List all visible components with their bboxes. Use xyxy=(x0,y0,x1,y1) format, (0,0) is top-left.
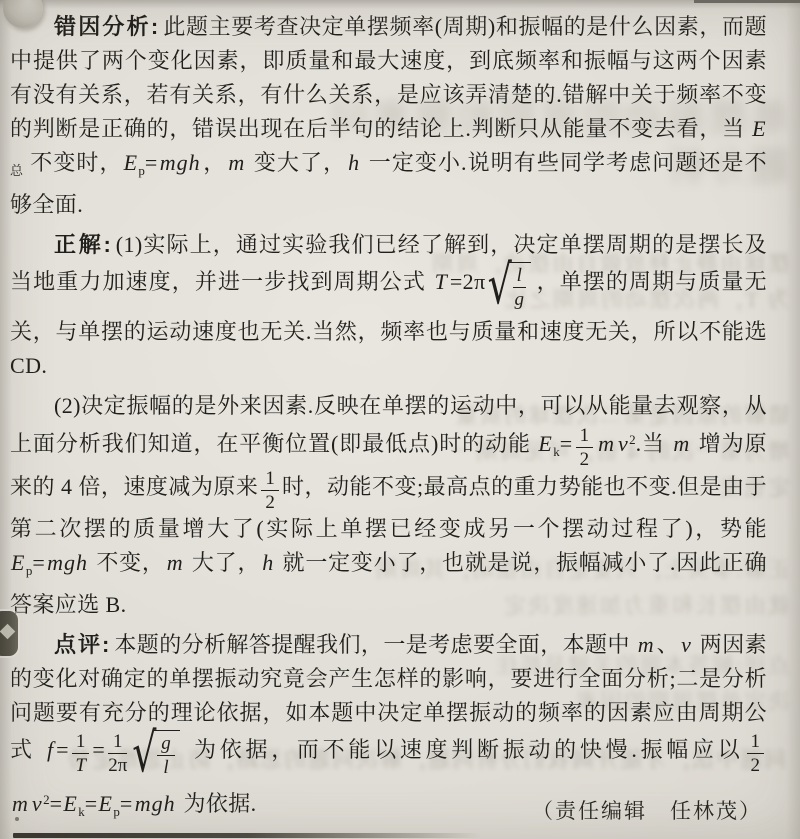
text-run: 本题的分析解答提醒我们，一是考虑要全面，本题中 xyxy=(114,632,635,657)
document-body: 错因分析:此题主要考查决定单摆频率(周期)和振幅的是什么因素，而题中提供了两个变… xyxy=(10,10,767,835)
text-run: 、 xyxy=(657,632,679,657)
paragraph-label: 点评: xyxy=(54,632,114,657)
text-run: = xyxy=(145,150,158,175)
text-run: 为依据. xyxy=(178,791,257,816)
math-variable: T xyxy=(433,269,450,294)
math-variable: v xyxy=(679,632,694,657)
math-subscript: Ep xyxy=(10,550,32,575)
text-run: 变大了， xyxy=(247,150,346,175)
text-run: .当 xyxy=(636,431,672,456)
text-run: = xyxy=(85,791,98,816)
math-variable: m xyxy=(10,791,31,816)
paragraph-label: 正解: xyxy=(54,232,116,257)
scan-edge-line xyxy=(694,0,800,3)
math-subscript: Ep xyxy=(98,791,120,816)
text-run: = xyxy=(120,791,133,816)
diamond-icon xyxy=(0,624,15,640)
text-run: = xyxy=(92,737,105,762)
text-run: 为依据，而不能以速度判断振动的快慢.振幅应以 xyxy=(185,737,744,762)
math-subscript: Ep xyxy=(123,150,145,175)
math-variable: mgh xyxy=(158,150,203,175)
math-superscript: v2 xyxy=(31,791,50,816)
editor-credit: （责任编辑 任林茂） xyxy=(532,795,762,825)
text-run: ， xyxy=(203,150,227,175)
paragraph-label: 错因分析: xyxy=(54,14,163,39)
math-variable: m xyxy=(671,431,692,456)
math-variable: m xyxy=(636,632,657,657)
text-run: = xyxy=(56,737,69,762)
math-variable: h xyxy=(346,150,362,175)
text-run: = xyxy=(32,550,45,575)
math-variable: h xyxy=(260,550,276,575)
text-run: =2π xyxy=(450,269,486,294)
paragraph-error-analysis: 错因分析:此题主要考查决定单摆频率(周期)和振幅的是什么因素，而题中提供了两个变… xyxy=(10,10,767,222)
text-run: 不变时， xyxy=(24,150,123,175)
text-run: = xyxy=(50,791,63,816)
math-variable: m xyxy=(226,150,247,175)
math-sqrt: gl xyxy=(153,730,180,783)
math-fraction: 12π xyxy=(108,732,127,775)
text-run: = xyxy=(560,431,573,456)
math-fraction: 1T xyxy=(72,732,90,775)
math-fraction: 12 xyxy=(576,426,594,469)
math-sqrt: lg xyxy=(509,262,531,315)
math-variable: mgh xyxy=(133,791,178,816)
text-run: 大了， xyxy=(186,550,261,575)
math-fraction: 12 xyxy=(261,469,279,512)
text-run: 不变， xyxy=(90,550,165,575)
paragraph-correct-solution-2: (2)决定振幅的是外来因素.反映在单摆的运动中，可以从能量去观察，从上面分析我们… xyxy=(10,389,767,622)
paragraph-correct-solution-1: 正解:(1)实际上，通过实验我们已经了解到，决定单摆周期的是摆长及当地重力加速度… xyxy=(10,228,767,383)
math-variable: m xyxy=(165,550,186,575)
math-fraction: 12 xyxy=(747,732,765,775)
math-variable: f xyxy=(45,737,56,762)
math-subscript: Ek xyxy=(537,431,559,456)
math-variable: m xyxy=(596,431,617,456)
math-variable: mgh xyxy=(45,550,90,575)
binder-tab xyxy=(0,611,18,656)
math-superscript: v2 xyxy=(617,431,636,456)
scanned-textbook-page: 单摆振动的周期和频率问题分析 摆球由静止释放做自由摆动，周期为 T，两次摆动的周… xyxy=(0,0,800,839)
math-subscript: Ek xyxy=(62,791,84,816)
